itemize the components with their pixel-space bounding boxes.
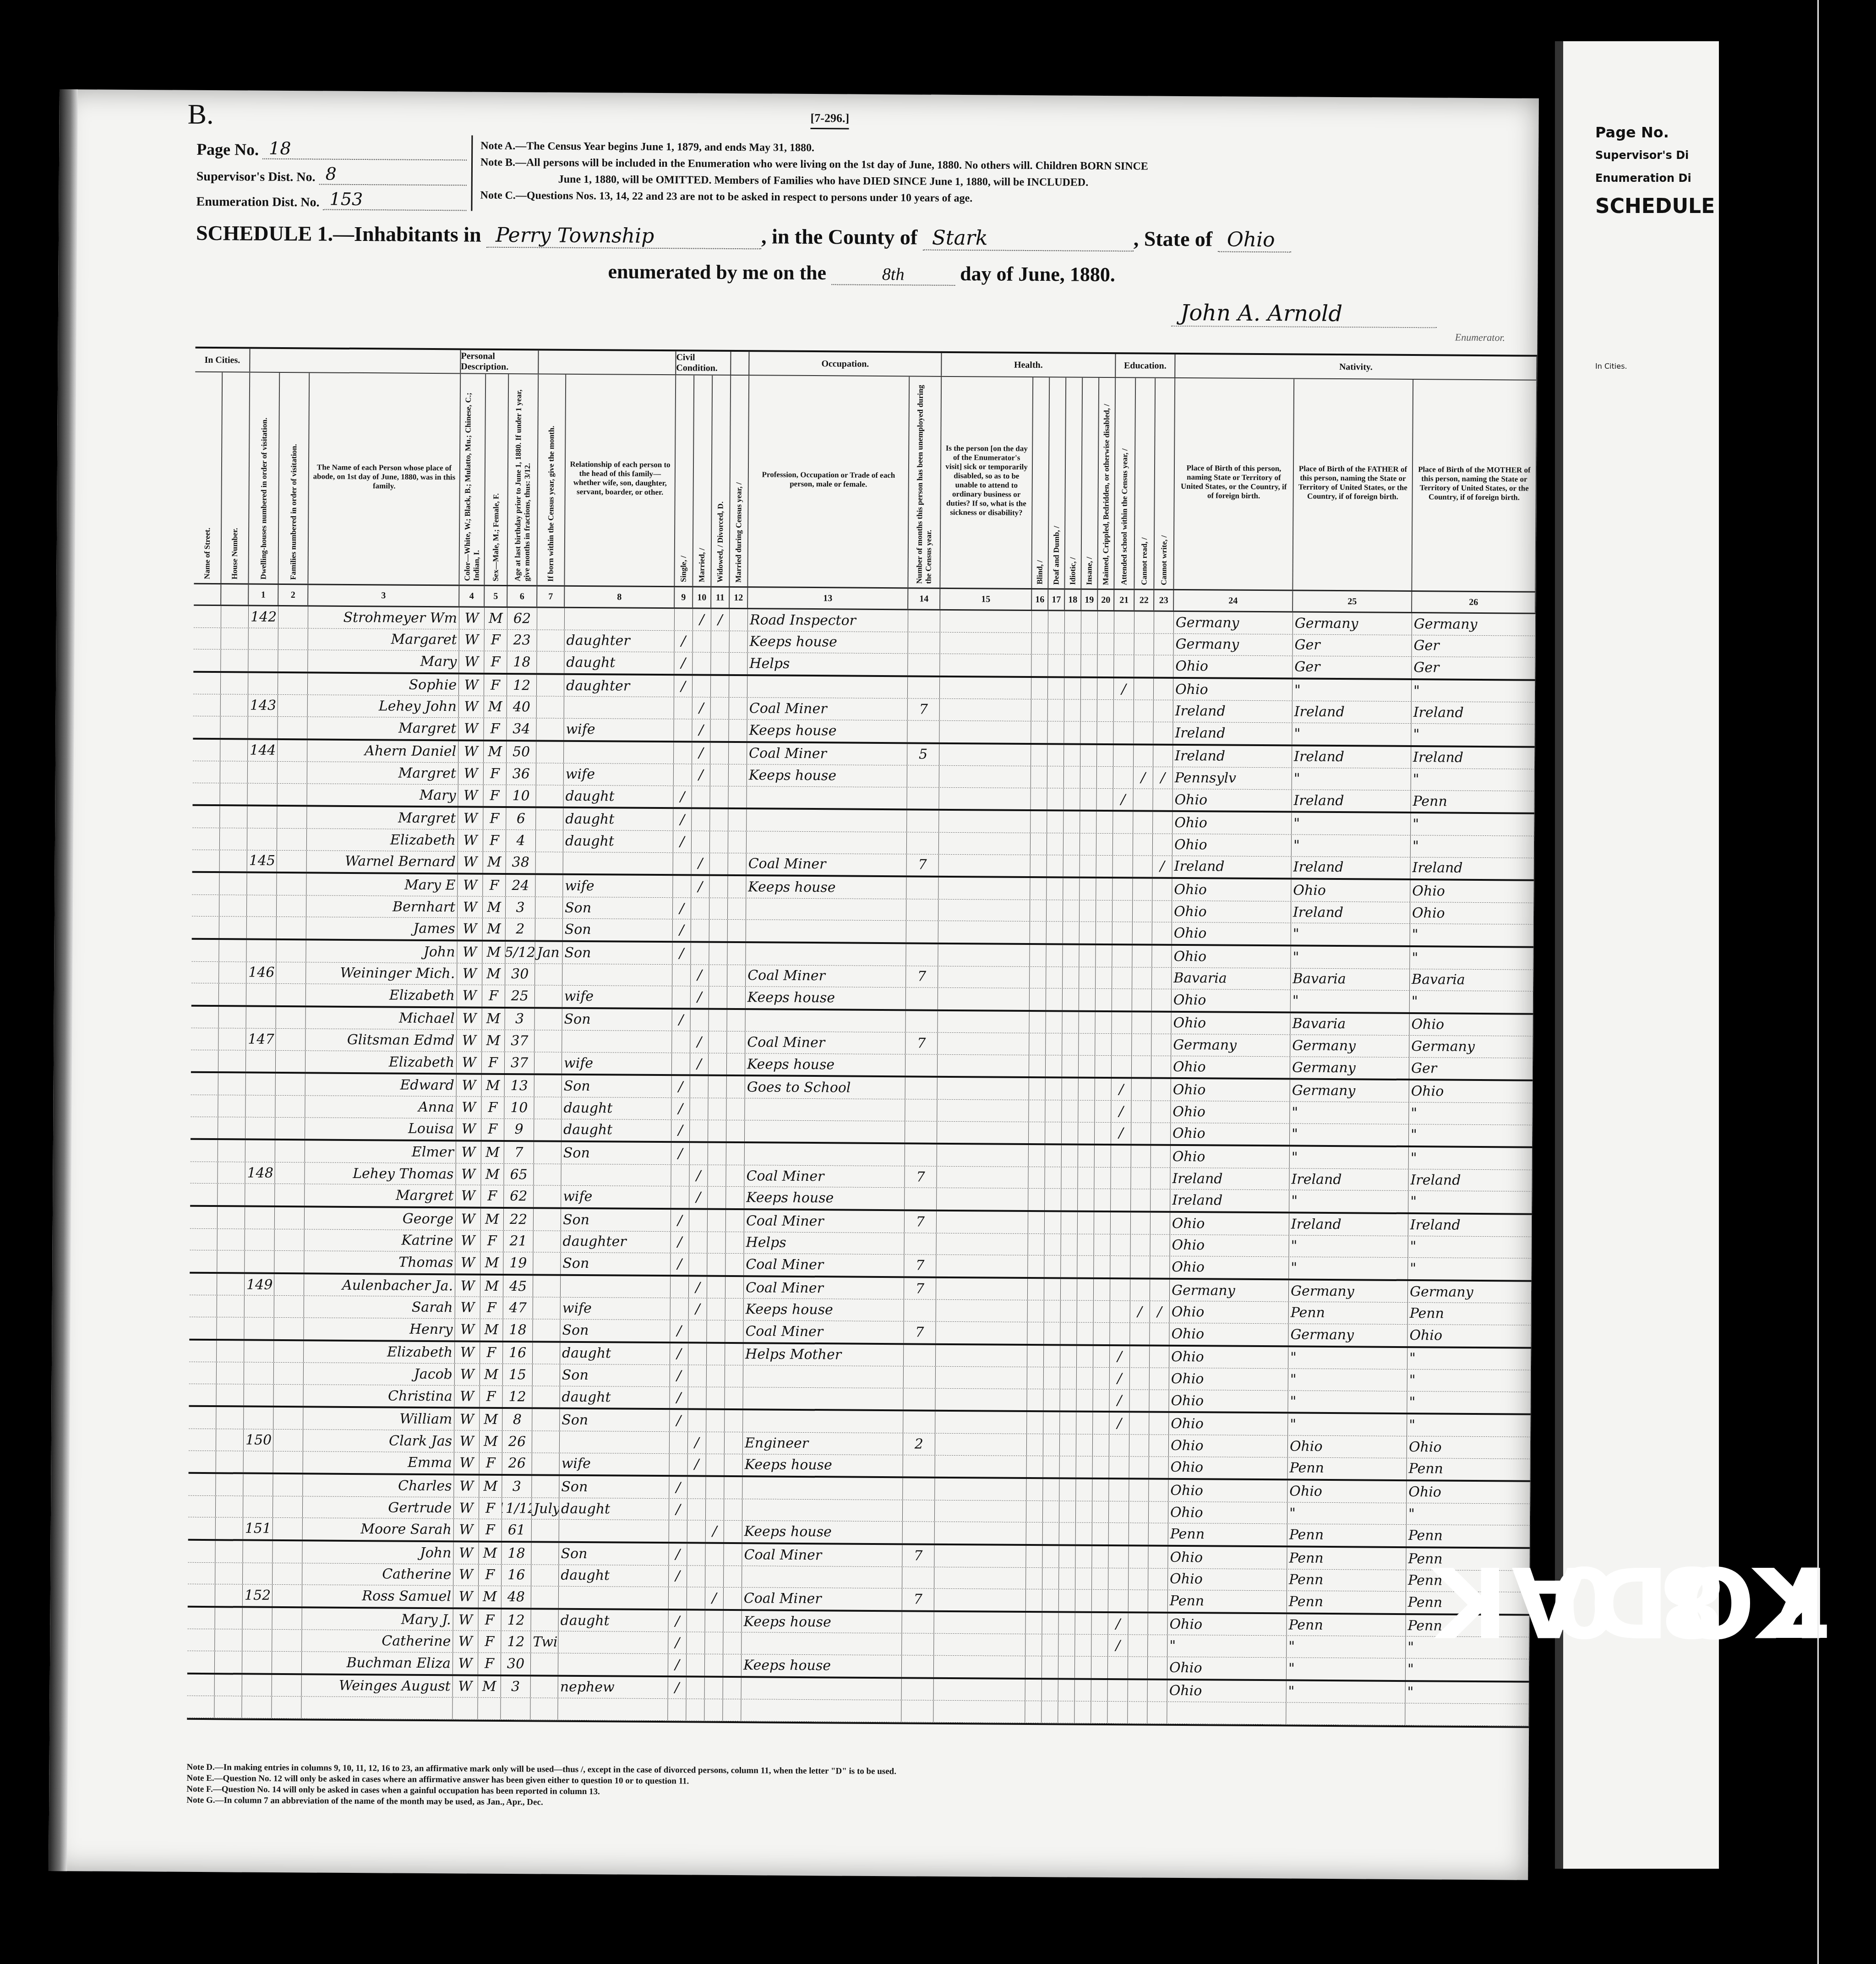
cell-cannot-write: [1149, 1435, 1169, 1457]
cell-unemployed: [907, 720, 939, 742]
page-number-value: 18: [262, 138, 467, 161]
cell-rel: wife: [561, 1186, 671, 1208]
cell-single: /: [675, 631, 693, 652]
cell-married: [687, 1499, 706, 1520]
cell-sex: M: [482, 942, 505, 963]
cell-cannot-write: [1152, 879, 1172, 900]
cell-name: Moore Sarah: [303, 1518, 454, 1541]
cell-father-birth: Ireland: [1292, 857, 1411, 878]
cell-empty: [1063, 900, 1080, 922]
cell-dwelling: [243, 1563, 273, 1584]
cell-empty: [1079, 967, 1096, 988]
cell-sex: M: [481, 1164, 504, 1185]
cell-empty: [1044, 1301, 1061, 1322]
cell-father-birth: Ireland: [1292, 701, 1412, 723]
cell-family: [275, 1184, 305, 1206]
cell-married: /: [688, 1454, 706, 1475]
cell-empty: [1043, 1456, 1060, 1478]
cell-cannot-read: [1129, 1523, 1149, 1545]
cell-name: Elizabeth: [307, 829, 458, 851]
cell-married: /: [689, 1187, 708, 1208]
cell-birth: Ohio: [1172, 901, 1291, 923]
cell-father-birth: Ireland: [1292, 790, 1411, 812]
cell-empty: [218, 1007, 246, 1028]
cell-empty: [1096, 922, 1113, 944]
cell-family: [276, 1029, 305, 1050]
cell-school: [1107, 1702, 1128, 1723]
cell-empty: [1078, 1122, 1095, 1144]
cell-family: [277, 873, 306, 895]
cell-cannot-write: [1153, 745, 1173, 767]
cell-sex: F: [481, 1185, 504, 1207]
cell-age: 21: [504, 1231, 534, 1252]
cell-cannot-read: [1130, 1323, 1150, 1344]
cell-sex: M: [478, 1676, 501, 1697]
cell-color: W: [455, 1252, 480, 1274]
cell-family: [276, 962, 306, 983]
cell-empty: [1029, 1122, 1045, 1144]
cell-unemployed: [904, 1233, 936, 1255]
cell-unemployed: 7: [907, 854, 939, 876]
cell-family: [275, 1207, 305, 1229]
schedule-title: SCHEDULE 1.—Inhabitants in Perry Townshi…: [196, 221, 1291, 253]
cell-cannot-read: [1134, 655, 1154, 677]
cell-unemployed: [907, 787, 939, 809]
cell-empty: [189, 1340, 217, 1362]
cell-empty: [726, 1120, 745, 1142]
cell-cannot-read: [1131, 1212, 1151, 1234]
cell-father-birth: ": [1291, 990, 1410, 1012]
cell-occupation: Keeps house: [744, 1299, 904, 1321]
cell-school: [1110, 1234, 1130, 1256]
cell-empty: [1031, 721, 1047, 743]
cell-widowed: [705, 1632, 723, 1654]
cell-cannot-write: [1152, 922, 1172, 944]
cell-empty: [217, 1341, 244, 1362]
cell-cannot-read: [1128, 1635, 1148, 1657]
cell-name: Strohmeyer Wm: [308, 606, 459, 629]
cell-color: W: [459, 651, 484, 673]
cell-empty: [728, 853, 747, 874]
cell-empty: [189, 1317, 217, 1339]
cell-name: Charles: [303, 1474, 454, 1497]
col-header-dwelling: Dwelling-houses numbered in order of vis…: [249, 373, 280, 584]
cell-family: [272, 1652, 302, 1673]
cell-name: Emma: [303, 1451, 454, 1474]
cell-birth: Ohio: [1169, 1457, 1288, 1478]
cell-rel: wife: [563, 875, 673, 897]
cell-widowed: [707, 1365, 725, 1387]
cell-empty: [725, 1277, 744, 1298]
cell-empty: [1075, 1568, 1092, 1589]
cell-empty: [1093, 1368, 1110, 1389]
cell-cannot-write: [1153, 834, 1172, 856]
cell-empty: [729, 676, 747, 698]
cell-cannot-read: [1130, 1279, 1150, 1301]
cell-unemployed: [902, 1567, 934, 1588]
cell-mother-birth: ": [1407, 1503, 1530, 1525]
cell-color: [453, 1697, 478, 1719]
cell-color: W: [459, 696, 484, 718]
cell-occupation: Keeps house: [742, 1654, 902, 1677]
cell-empty: [1061, 1301, 1077, 1322]
cell-color: W: [456, 1163, 481, 1185]
cell-empty: [1080, 922, 1096, 944]
cell-age: 6: [506, 808, 536, 829]
cell-father-birth: Ohio: [1287, 1481, 1407, 1503]
cell-married: [692, 809, 710, 831]
cell-name: Buchman Eliza: [302, 1652, 453, 1674]
cell-school: [1113, 722, 1134, 743]
county-prefix: , in the County of: [761, 224, 918, 249]
cell-father-birth: Germany: [1290, 1057, 1409, 1079]
cell-empty: [1058, 1680, 1075, 1701]
cell-month: [531, 1565, 559, 1586]
cell-sick: [938, 1033, 1029, 1055]
cell-empty: [1028, 1234, 1044, 1255]
cell-mother-birth: Penn: [1408, 1303, 1532, 1325]
cell-name: James: [306, 917, 458, 940]
cell-father-birth: Penn: [1287, 1591, 1406, 1613]
cell-father-birth: Ireland: [1291, 901, 1410, 923]
cell-empty: [1058, 1701, 1074, 1723]
cell-empty: [1047, 833, 1063, 855]
cell-dwelling: [246, 1007, 276, 1028]
supervisor-district-value: 8: [319, 164, 467, 185]
col-header-relationship: Relationship of each person to the head …: [565, 375, 676, 586]
cell-unemployed: [908, 610, 940, 632]
cell-empty: [188, 1584, 215, 1606]
cell-cannot-read: [1128, 1702, 1147, 1723]
cell-cannot-read: [1129, 1501, 1149, 1523]
group-spacer-relationship: [539, 350, 676, 374]
cell-cannot-read: [1130, 1234, 1150, 1256]
cell-dwelling: [247, 895, 277, 917]
county-field: Stark: [923, 226, 1134, 252]
cell-empty: [1096, 834, 1113, 855]
cell-rel: [562, 1031, 672, 1053]
cell-widowed: [708, 1143, 726, 1165]
cell-empty: [1077, 1256, 1094, 1277]
cell-empty: [221, 628, 249, 649]
cell-empty: [1080, 834, 1096, 855]
cell-color: W: [454, 1386, 480, 1407]
cell-sick: [940, 699, 1031, 721]
instruction-notes: Note A.—The Census Year begins June 1, 1…: [480, 138, 1534, 210]
cell-empty: [1047, 900, 1063, 922]
cell-unemployed: [902, 1655, 934, 1677]
col-header-birthplace: Place of Birth of this person, naming St…: [1174, 378, 1294, 590]
cell-occupation: Coal Miner: [747, 698, 908, 720]
cell-empty: [216, 1451, 244, 1473]
cell-empty: [1062, 1146, 1078, 1167]
cell-rel: [558, 1698, 668, 1720]
cell-dwelling: [244, 1318, 274, 1339]
cell-empty: [219, 873, 247, 895]
cell-occupation: [745, 1143, 905, 1166]
cell-occupation: [743, 1411, 903, 1433]
group-education: Education.: [1116, 354, 1175, 377]
cell-widowed: [704, 1699, 723, 1721]
cell-dwelling: [246, 1050, 276, 1072]
cell-sick: [936, 1300, 1028, 1322]
cell-empty: [1092, 1523, 1109, 1544]
cell-rel: daughter: [565, 630, 675, 652]
cell-mother-birth: Ireland: [1412, 702, 1535, 724]
cell-sick: [939, 744, 1031, 766]
cell-sex: F: [480, 1297, 503, 1319]
cell-empty: [189, 1407, 216, 1429]
cell-family: [278, 673, 308, 695]
cell-school: /: [1111, 1123, 1131, 1144]
cell-empty: [1078, 1212, 1094, 1234]
cell-empty: [190, 1162, 218, 1184]
cell-empty: [724, 1588, 742, 1609]
cell-empty: [723, 1677, 742, 1699]
cell-empty: [728, 876, 746, 898]
cell-color: W: [457, 963, 482, 985]
cell-married: [687, 1521, 706, 1542]
cell-empty: [1047, 855, 1063, 877]
cell-cannot-read: [1129, 1435, 1149, 1456]
cell-widowed: [710, 786, 728, 807]
cell-school: [1112, 967, 1132, 989]
cell-empty: [215, 1675, 242, 1696]
cell-rel: daughter: [564, 675, 674, 697]
table-body: 142Strohmeyer WmWM62//Road InspectorGerm…: [187, 606, 1536, 1726]
cell-month: Twins: [531, 1631, 558, 1653]
cell-father-birth: ": [1289, 1190, 1408, 1212]
cell-cannot-read: [1128, 1680, 1148, 1702]
cell-color: W: [458, 763, 484, 785]
cell-widowed: [709, 1053, 727, 1075]
cell-color: W: [456, 1208, 481, 1230]
cell-color: W: [456, 1097, 481, 1118]
cell-empty: [1095, 1101, 1111, 1122]
cell-empty: [1091, 1680, 1108, 1701]
cell-birth: Ohio: [1171, 1056, 1290, 1078]
cell-age: 36: [507, 763, 536, 785]
cell-married: /: [692, 742, 710, 764]
cell-school: /: [1110, 1368, 1130, 1389]
cell-family: [278, 650, 308, 671]
cell-cannot-read: [1133, 789, 1153, 810]
cell-empty: [217, 1317, 244, 1339]
cell-empty: [218, 1074, 246, 1095]
cell-sex: F: [485, 629, 507, 651]
cell-unemployed: [907, 811, 939, 832]
cell-occupation: Helps: [747, 653, 908, 675]
cell-single: /: [673, 831, 692, 852]
cell-unemployed: 7: [906, 966, 938, 987]
cell-family: [278, 717, 307, 738]
cell-empty: [221, 695, 248, 716]
cell-empty: [192, 873, 219, 895]
cell-empty: [1044, 1255, 1061, 1277]
cell-sex: M: [484, 741, 507, 763]
cell-empty: [1079, 989, 1096, 1010]
cell-occupation: Keeps house: [744, 1187, 905, 1210]
cell-empty: [217, 1362, 244, 1384]
cell-age: 12: [502, 1386, 532, 1408]
cell-empty: [1060, 1434, 1076, 1456]
cell-family: [272, 1697, 301, 1718]
cell-mother-birth: Ireland: [1408, 1214, 1532, 1236]
cell-occupation: Coal Miner: [744, 1254, 904, 1276]
cell-school: /: [1108, 1635, 1128, 1656]
cell-single: /: [669, 1499, 687, 1520]
cell-empty: [1062, 1034, 1079, 1055]
cell-cannot-read: /: [1134, 767, 1153, 789]
cell-married: /: [693, 609, 711, 630]
cell-month: [534, 1119, 562, 1140]
cell-birth: Germany: [1174, 612, 1293, 634]
cell-sex: F: [484, 718, 507, 740]
cell-sex: M: [482, 1075, 505, 1097]
cell-birth: Ireland: [1172, 856, 1292, 878]
cell-father-birth: Germany: [1289, 1280, 1408, 1302]
cell-widowed: /: [705, 1588, 724, 1609]
cell-birth: ": [1167, 1635, 1287, 1657]
cell-rel: [560, 1431, 670, 1453]
cell-school: /: [1109, 1413, 1129, 1434]
cell-empty: [1031, 788, 1047, 810]
cell-single: [674, 764, 692, 786]
cell-empty: [1045, 1167, 1061, 1189]
cell-family: [273, 1429, 303, 1451]
cell-color: W: [453, 1653, 478, 1674]
cell-age: 18: [507, 651, 537, 673]
cell-sick: [938, 944, 1030, 966]
cell-cannot-read: [1132, 1056, 1151, 1077]
cell-sex: M: [480, 1409, 502, 1430]
cell-family: [278, 695, 308, 716]
cell-color: W: [458, 851, 483, 873]
cell-dwelling: [246, 1074, 276, 1095]
cell-family: [277, 895, 306, 917]
cell-married: [692, 831, 710, 852]
cell-empty: [1025, 1679, 1042, 1701]
cell-empty: [187, 1674, 215, 1696]
cell-rel: daught: [559, 1498, 669, 1520]
cell-rel: daught: [563, 830, 673, 852]
cell-cannot-write: [1154, 655, 1173, 677]
cell-sick: [937, 1211, 1028, 1233]
cell-birth: Penn: [1168, 1590, 1287, 1612]
page-number-row: Page No. 18: [196, 134, 467, 161]
cell-unemployed: [905, 1121, 937, 1143]
cell-widowed: [707, 1254, 725, 1275]
cell-age: 2: [506, 918, 535, 940]
cell-empty: [188, 1474, 216, 1495]
cell-empty: [1095, 1034, 1112, 1055]
cell-color: W: [455, 1297, 480, 1319]
cell-month: [534, 1031, 562, 1052]
cell-empty: [1042, 1568, 1059, 1589]
cell-empty: [1031, 699, 1048, 721]
cell-occupation: Keeps house: [742, 1611, 902, 1633]
cell-occupation: Coal Miner: [746, 965, 906, 987]
cell-age: 10: [504, 1097, 534, 1118]
cell-mother-birth: ": [1411, 769, 1535, 791]
col-header-cannot-read: Cannot read, /: [1134, 378, 1156, 589]
cell-married: /: [691, 965, 709, 986]
cell-occupation: [742, 1678, 902, 1700]
cell-empty: [1027, 1346, 1044, 1367]
cell-birth: Ohio: [1170, 1213, 1289, 1235]
cell-married: /: [692, 853, 710, 874]
cell-single: /: [670, 1343, 688, 1365]
cell-family: [276, 1074, 305, 1095]
cell-married: [688, 1410, 706, 1432]
cell-birth: [1167, 1702, 1286, 1724]
cell-empty: [1080, 812, 1096, 833]
cell-married: [692, 786, 710, 807]
cell-dwelling: [245, 1096, 275, 1117]
cell-color: W: [458, 829, 483, 851]
cell-empty: [1065, 633, 1081, 655]
cell-name: Catherine: [302, 1563, 453, 1586]
cell-birth: Ohio: [1172, 834, 1292, 856]
cell-cannot-read: [1133, 834, 1153, 855]
cell-empty: [729, 698, 747, 719]
cell-empty: [1045, 1145, 1062, 1167]
cell-family: [275, 1096, 305, 1117]
cell-empty: [1063, 812, 1080, 833]
cell-empty: [1098, 633, 1114, 655]
cell-widowed: [710, 809, 728, 831]
cell-empty: [1027, 1456, 1043, 1478]
cell-name: Louisa: [305, 1118, 456, 1140]
cell-empty: [220, 761, 248, 783]
cell-empty: [1029, 1145, 1045, 1167]
cell-married: /: [693, 698, 711, 719]
cell-widowed: [706, 1477, 724, 1499]
cell-month: [535, 897, 563, 918]
cell-occupation: Coal Miner: [744, 1210, 905, 1233]
cell-family: [273, 1474, 303, 1496]
cell-family: [275, 1162, 305, 1184]
cell-married: /: [691, 876, 709, 898]
cell-empty: [723, 1654, 742, 1676]
cell-color: W: [458, 896, 483, 918]
cell-name: Elmer: [305, 1141, 456, 1163]
col-header-blind: Blind, /: [1032, 377, 1050, 588]
cell-single: /: [671, 1098, 690, 1119]
cell-cannot-write: [1148, 1590, 1168, 1612]
cell-empty: [1094, 1189, 1111, 1211]
cell-father-birth: Ohio: [1288, 1435, 1407, 1457]
cell-birth: Ireland: [1173, 745, 1292, 767]
cell-occupation: Coal Miner: [744, 1165, 905, 1188]
cell-family: [273, 1385, 303, 1406]
cell-name: Bernhart: [306, 895, 458, 918]
col-header-age: Age at last birthday prior to June 1, 18…: [507, 374, 539, 585]
cell-empty: [1097, 678, 1114, 700]
cell-empty: [1081, 611, 1098, 633]
cell-empty: [1029, 1100, 1045, 1122]
cell-month: [536, 830, 563, 851]
cell-empty: [727, 1010, 745, 1031]
cell-mother-birth: ": [1407, 1369, 1531, 1391]
cell-widowed: [706, 1432, 725, 1454]
cell-rel: Son: [561, 1209, 671, 1231]
cell-single: /: [670, 1410, 688, 1432]
cell-mother-birth: Germany: [1409, 1036, 1533, 1058]
cell-age: 61: [502, 1519, 532, 1541]
cell-school: [1109, 1523, 1129, 1544]
cell-dwelling: [242, 1697, 272, 1718]
